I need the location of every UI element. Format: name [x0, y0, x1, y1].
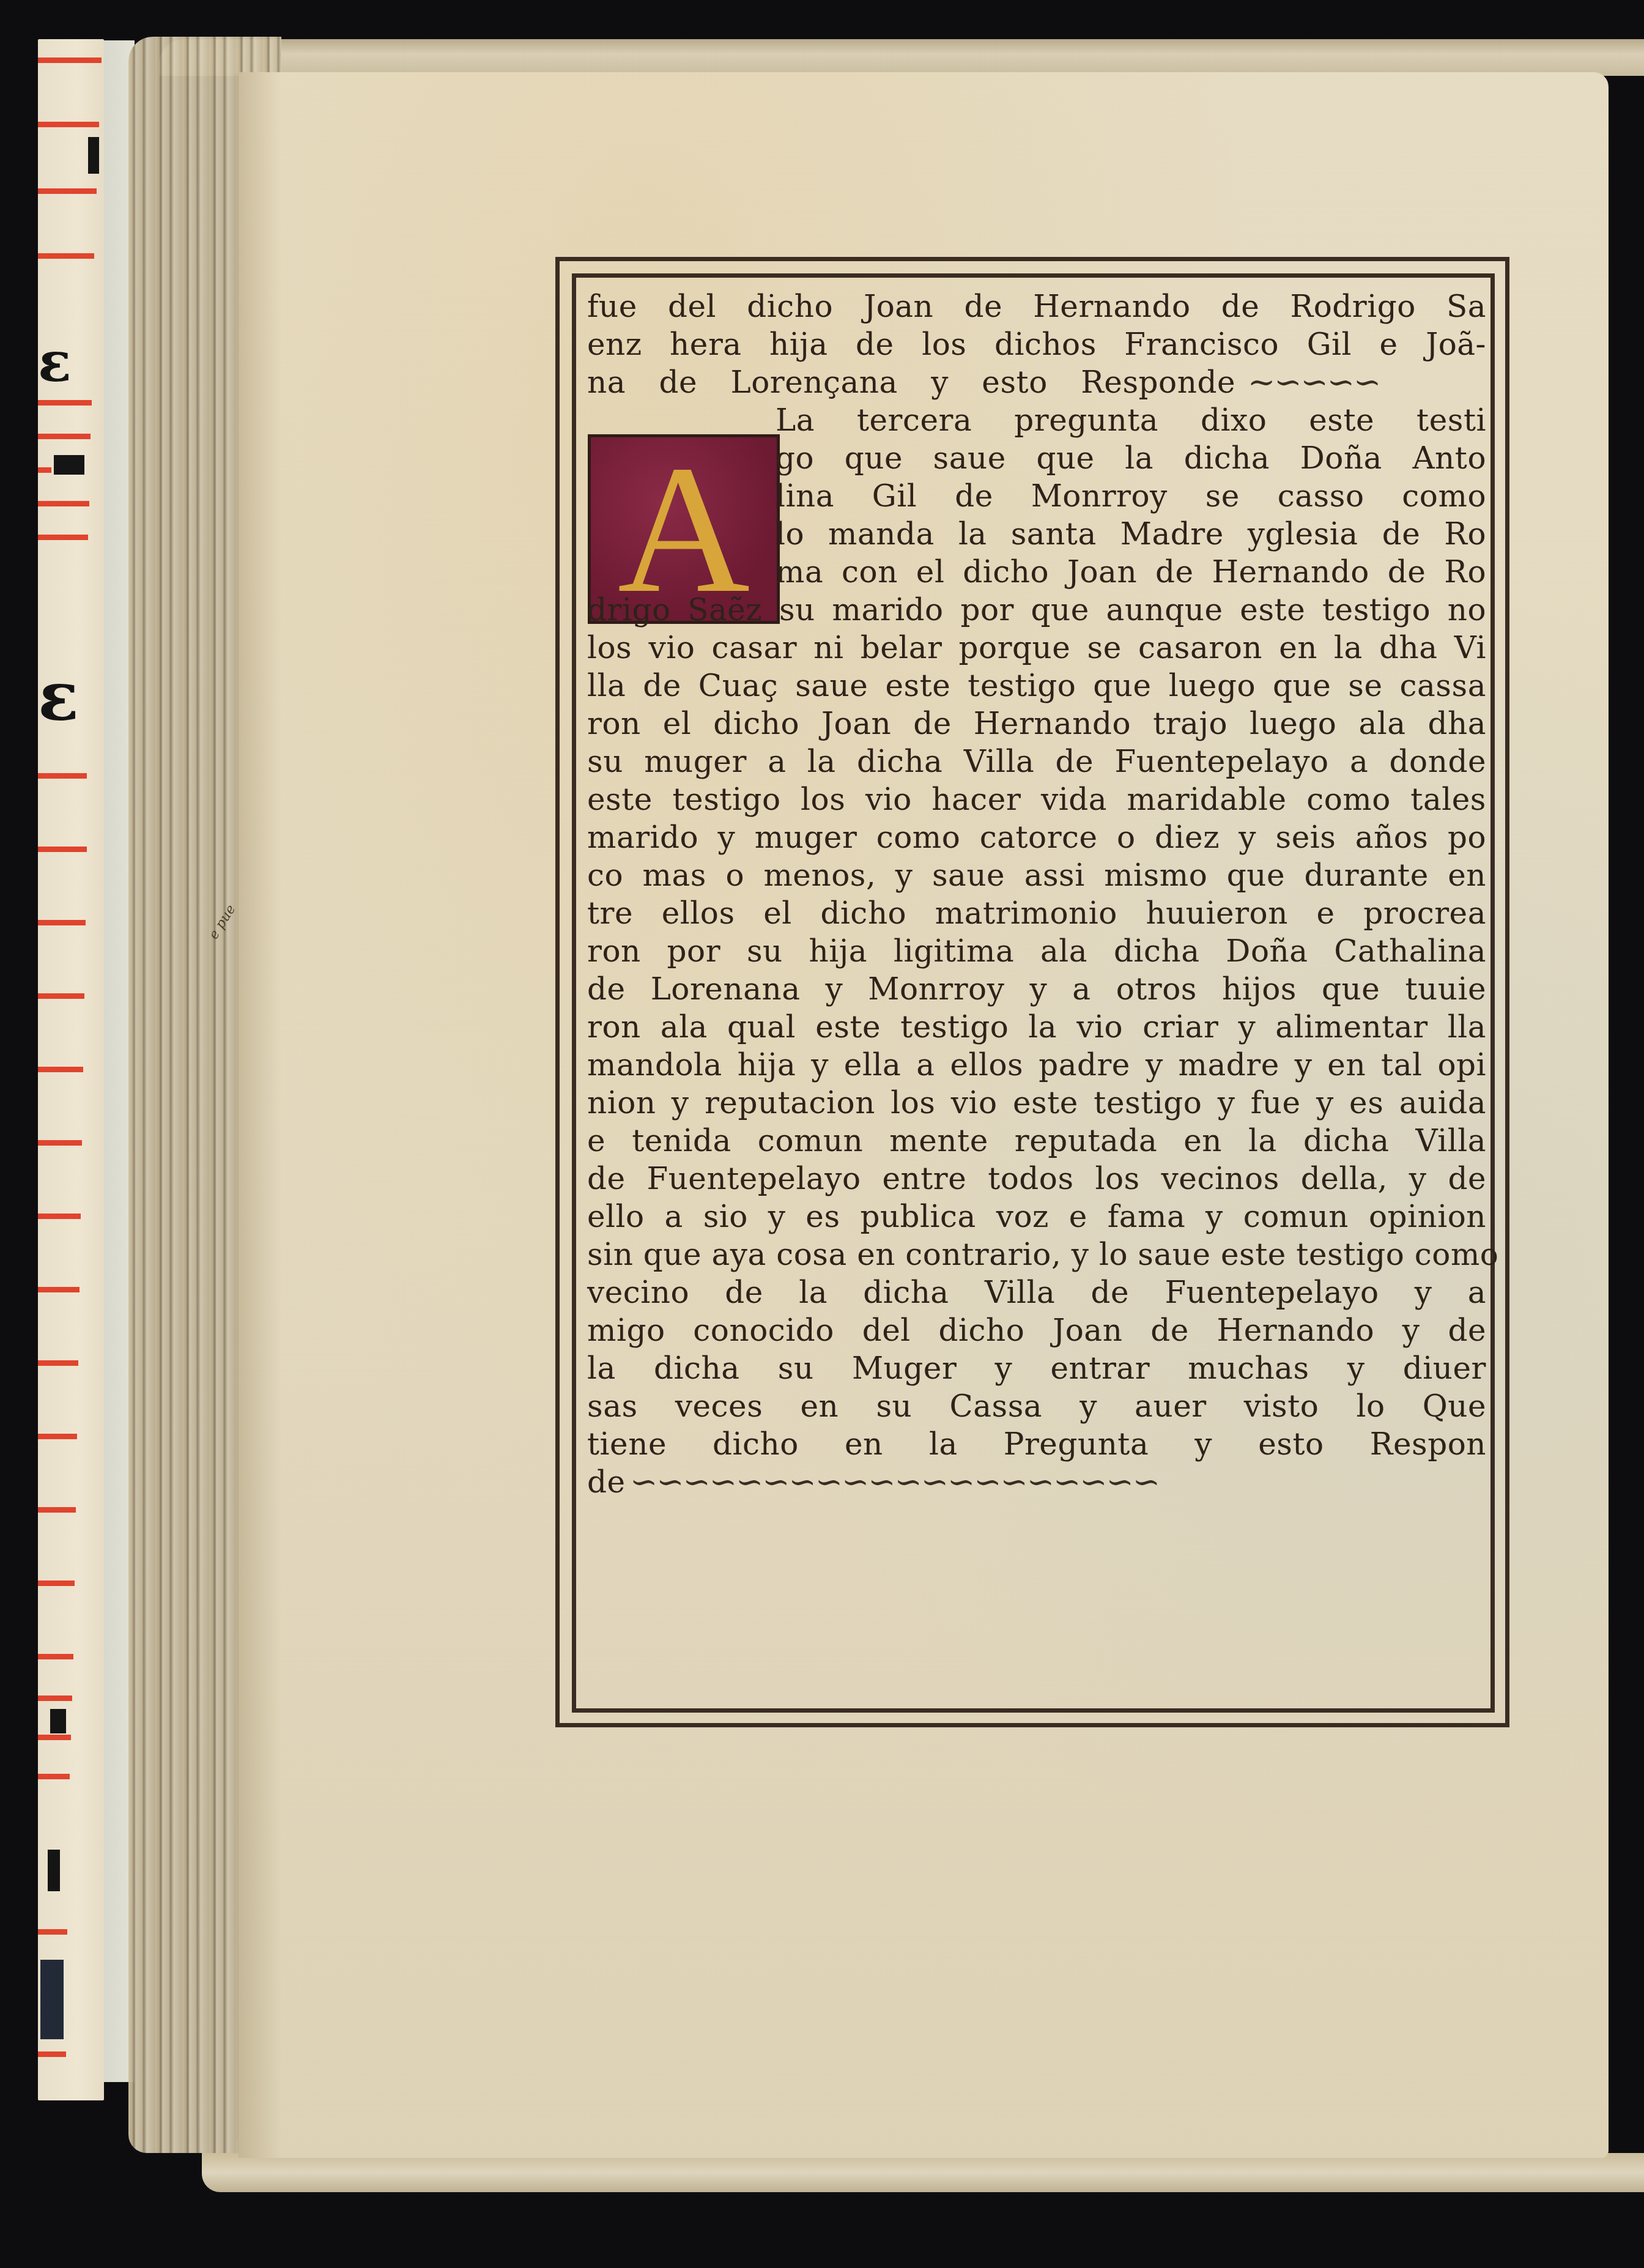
- text-line: drigo Saẽz su marido por que aunque este…: [587, 591, 1486, 629]
- text-line: su muger a la dicha Villa de Fuentepelay…: [587, 743, 1486, 780]
- staff-line: [38, 773, 87, 779]
- staff-line: [38, 1735, 71, 1740]
- text-line: lina Gil de Monrroy se casso como: [776, 477, 1486, 515]
- line-end-flourish: ∽∽∽∽∽∽∽∽∽∽∽∽∽∽∽∽∽∽∽∽: [630, 1463, 1486, 1501]
- text-line: tiene dicho en la Pregunta y esto Respon: [587, 1425, 1486, 1463]
- folio-gutter-shadow: [239, 72, 281, 2158]
- text-line: la dicha su Muger y entrar muchas y diue…: [587, 1349, 1486, 1387]
- text-line: na de Lorençana y esto Responde: [587, 363, 1235, 401]
- staff-line: [38, 1067, 83, 1072]
- text-line: fue del dicho Joan de Hernando de Rodrig…: [587, 287, 1486, 325]
- staff-line: [38, 1140, 82, 1146]
- text-line: ma con el dicho Joan de Hernando de Ro: [776, 553, 1486, 591]
- text-line: e tenida comun mente reputada en la dich…: [587, 1122, 1486, 1160]
- staff-line: [38, 535, 88, 540]
- text-line: mandola hija y ella a ellos padre y madr…: [587, 1046, 1486, 1084]
- page-stack-top-edge: [159, 39, 1644, 76]
- text-line: ron por su hija ligitima ala dicha Doña …: [587, 932, 1486, 970]
- text-line: nion y reputacion los vio este testigo y…: [587, 1084, 1486, 1122]
- text-line: ello a sio y es publica voz e fama y com…: [587, 1198, 1486, 1236]
- staff-line: [38, 501, 89, 506]
- staff-line: [38, 467, 51, 473]
- text-line: migo conocido del dicho Joan de Hernando…: [587, 1311, 1486, 1349]
- music-fragment-spine: ɛ ɛ: [38, 39, 104, 2100]
- staff-line: [38, 122, 99, 127]
- text-line: los vio casar ni belar porque se casaron…: [587, 629, 1486, 667]
- neume-note-icon: [50, 1709, 66, 1733]
- staff-line: [38, 1654, 73, 1659]
- text-line: ron ala qual este testigo la vio criar y…: [587, 1008, 1486, 1046]
- text-line: sas veces en su Cassa y auer visto lo Qu…: [587, 1387, 1486, 1425]
- staff-line: [38, 847, 87, 852]
- text-line: marido y muger como catorce o diez y sei…: [587, 818, 1486, 856]
- text-line: este testigo los vio hacer vida maridabl…: [587, 780, 1486, 818]
- staff-line: [38, 1214, 81, 1219]
- staff-line: [38, 1695, 72, 1701]
- neume-note-icon: [88, 137, 99, 174]
- line-end-flourish: ~∽∽∽∽: [1248, 363, 1486, 401]
- text-line: co mas o menos, y saue assi mismo que du…: [587, 856, 1486, 894]
- text-line: enz hera hija de los dichos Francisco Gi…: [587, 325, 1486, 363]
- text-line: lo manda la santa Madre yglesia de Ro: [776, 515, 1486, 553]
- staff-line: [38, 57, 102, 63]
- neume-note-icon: [54, 455, 84, 475]
- neume-note-icon: [48, 1850, 60, 1891]
- text-line: lla de Cuaç saue este testigo que luego …: [587, 667, 1486, 705]
- staff-line: [38, 253, 94, 259]
- staff-line: [38, 188, 97, 194]
- staff-line: [38, 1360, 78, 1366]
- staff-line: [38, 1287, 80, 1292]
- staff-line: [38, 993, 84, 999]
- c-clef-icon: ɛ: [38, 657, 79, 736]
- text-line: La tercera pregunta dixo este testi: [776, 401, 1486, 439]
- staff-line: [38, 2051, 66, 2057]
- manuscript-scan: ɛ ɛ e pue A: [0, 0, 1644, 2268]
- staff-line: [38, 1507, 76, 1513]
- staff-line: [38, 400, 92, 406]
- staff-line: [38, 1929, 67, 1935]
- staff-line: [38, 434, 91, 439]
- page-stack-bottom-edge: [202, 2153, 1644, 2192]
- c-clef-icon: ɛ: [38, 330, 72, 395]
- neume-note-icon: [40, 1960, 64, 2039]
- staff-line: [38, 1774, 70, 1779]
- text-line: go que saue que la dicha Doña Anto: [776, 439, 1486, 477]
- text-line: tre ellos el dicho matrimonio huuieron e…: [587, 894, 1486, 932]
- text-line: vecino de la dicha Villa de Fuentepelayo…: [587, 1273, 1486, 1311]
- staff-line: [38, 920, 86, 925]
- staff-line: [38, 1581, 75, 1586]
- text-line: de Lorenana y Monrroy y a otros hijos qu…: [587, 970, 1486, 1008]
- text-line: sin que aya cosa en contrario, y lo saue…: [587, 1236, 1486, 1273]
- text-line: ron el dicho Joan de Hernando trajo lueg…: [587, 705, 1486, 743]
- text-line: de Fuentepelayo entre todos los vecinos …: [587, 1160, 1486, 1198]
- staff-line: [38, 1434, 77, 1439]
